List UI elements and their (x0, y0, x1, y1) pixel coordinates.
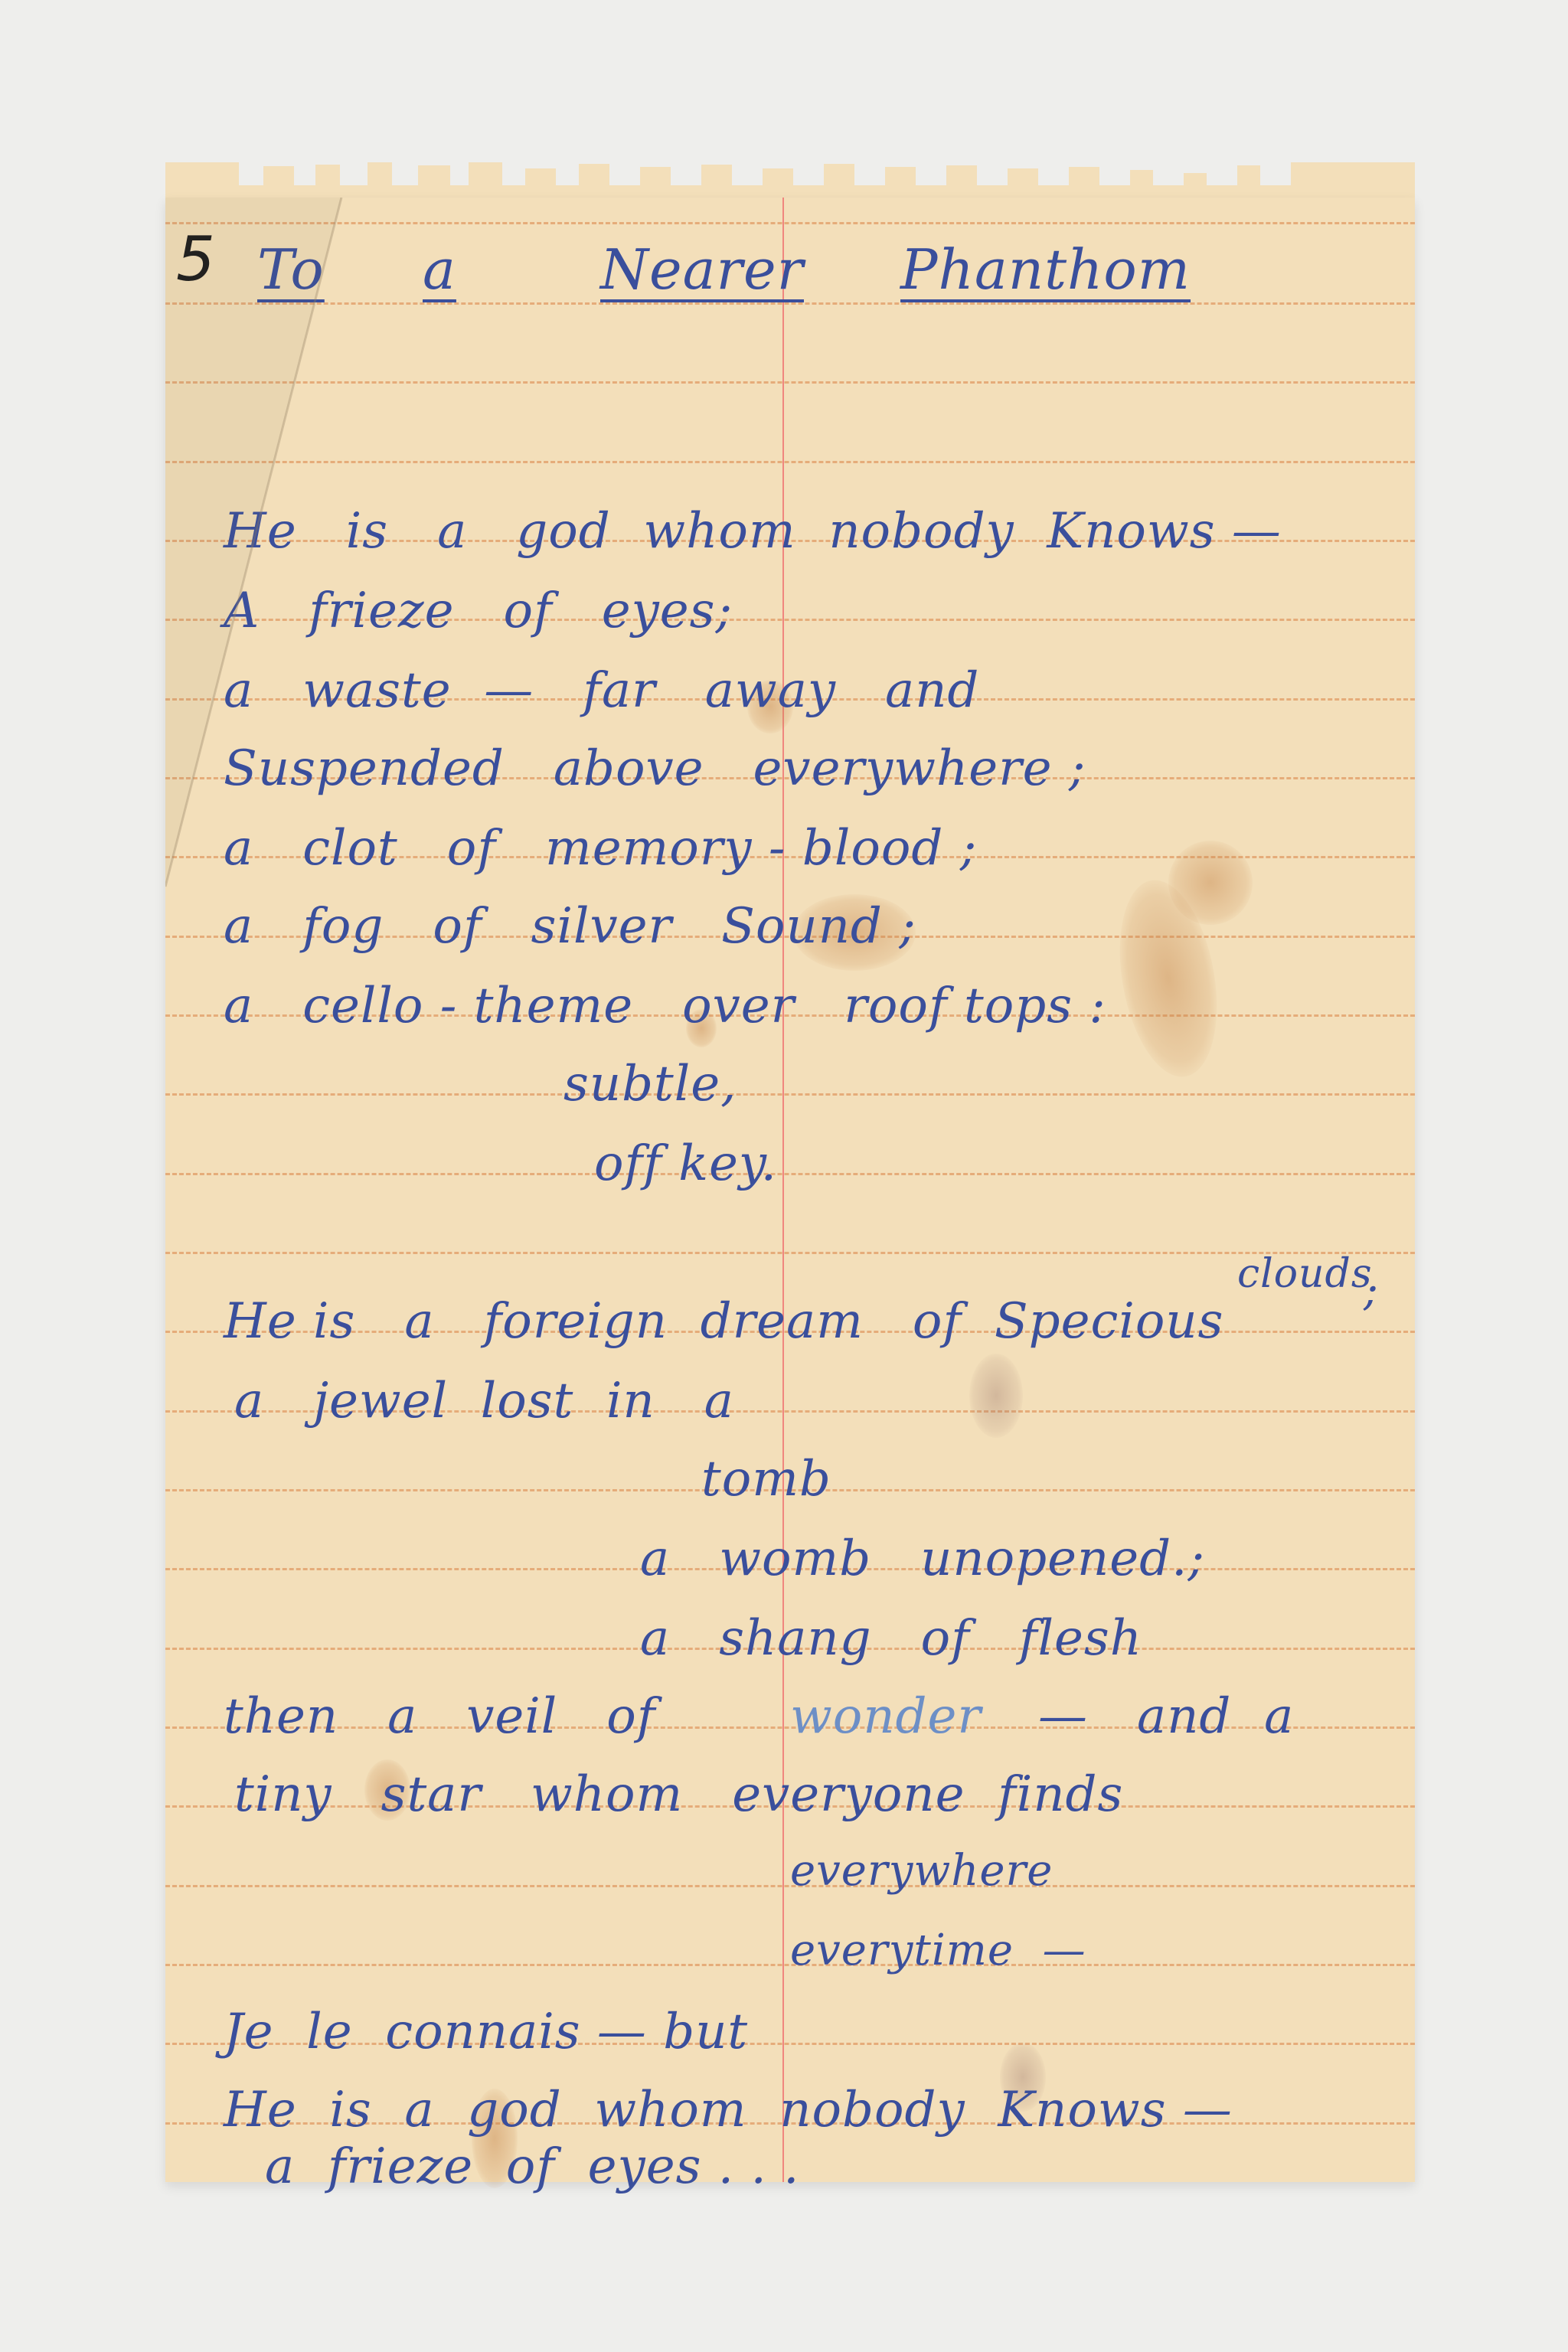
poem-line: then a veil of (224, 1692, 655, 1741)
punctuation: ; (1364, 1269, 1379, 1312)
poem-line: everywhere (790, 1850, 1053, 1893)
poem-line: a fog of silver Sound ; (224, 902, 916, 951)
faded-word: wonder (790, 1692, 982, 1741)
rule-line (165, 1252, 1415, 1254)
title-word: a (423, 242, 456, 297)
title-word: Phanthom (900, 242, 1191, 297)
red-margin-line (782, 198, 784, 2182)
perforated-top-edge (165, 162, 1415, 199)
poem-line: a clot of memory - blood ; (224, 824, 977, 873)
poem-line: He is a god whom nobody Knows — (224, 2086, 1233, 2135)
poem-line: He is a foreign dream of Specious (224, 1297, 1223, 1346)
inserted-word: clouds (1237, 1254, 1373, 1294)
poem-line: Suspended above everywhere ; (224, 744, 1086, 793)
poem-line: everytime — (790, 1929, 1086, 1972)
rule-line (165, 222, 1415, 224)
poem-line: He is a god whom nobody Knows — (224, 507, 1282, 556)
title-word: To (257, 242, 325, 297)
poem-line: tiny star whom everyone finds (234, 1770, 1123, 1819)
poem-line: Je le connais — but (224, 2007, 748, 2056)
poem-line: a womb unopened.; (640, 1534, 1205, 1583)
poem-line: a shang of flesh (640, 1614, 1142, 1663)
title-word: Nearer (600, 242, 804, 297)
rule-line (165, 1093, 1415, 1096)
poem-line: a jewel lost in a (234, 1377, 734, 1426)
smudge-stain (969, 1354, 1023, 1438)
poem-line: subtle, (563, 1060, 737, 1109)
notepad-sheet: 5 To a Nearer Phanthom He is a god whom … (165, 198, 1415, 2182)
poem-line: tomb (701, 1455, 831, 1504)
rule-line (165, 1173, 1415, 1175)
rule-line (165, 381, 1415, 384)
poem-line: a cello - theme over roof tops : (224, 982, 1106, 1031)
poem-line: A frieze of eyes; (224, 586, 733, 635)
corner-number-mark: 5 (176, 224, 215, 295)
poem-line: a frieze of eyes . . . (265, 2142, 799, 2191)
poem-line: — and a (1038, 1692, 1294, 1741)
poem-line: off key. (594, 1139, 777, 1188)
water-stain (1168, 841, 1253, 925)
rule-line (165, 461, 1415, 463)
rule-line (165, 302, 1415, 305)
poem-line: a waste — far away and (224, 666, 979, 715)
